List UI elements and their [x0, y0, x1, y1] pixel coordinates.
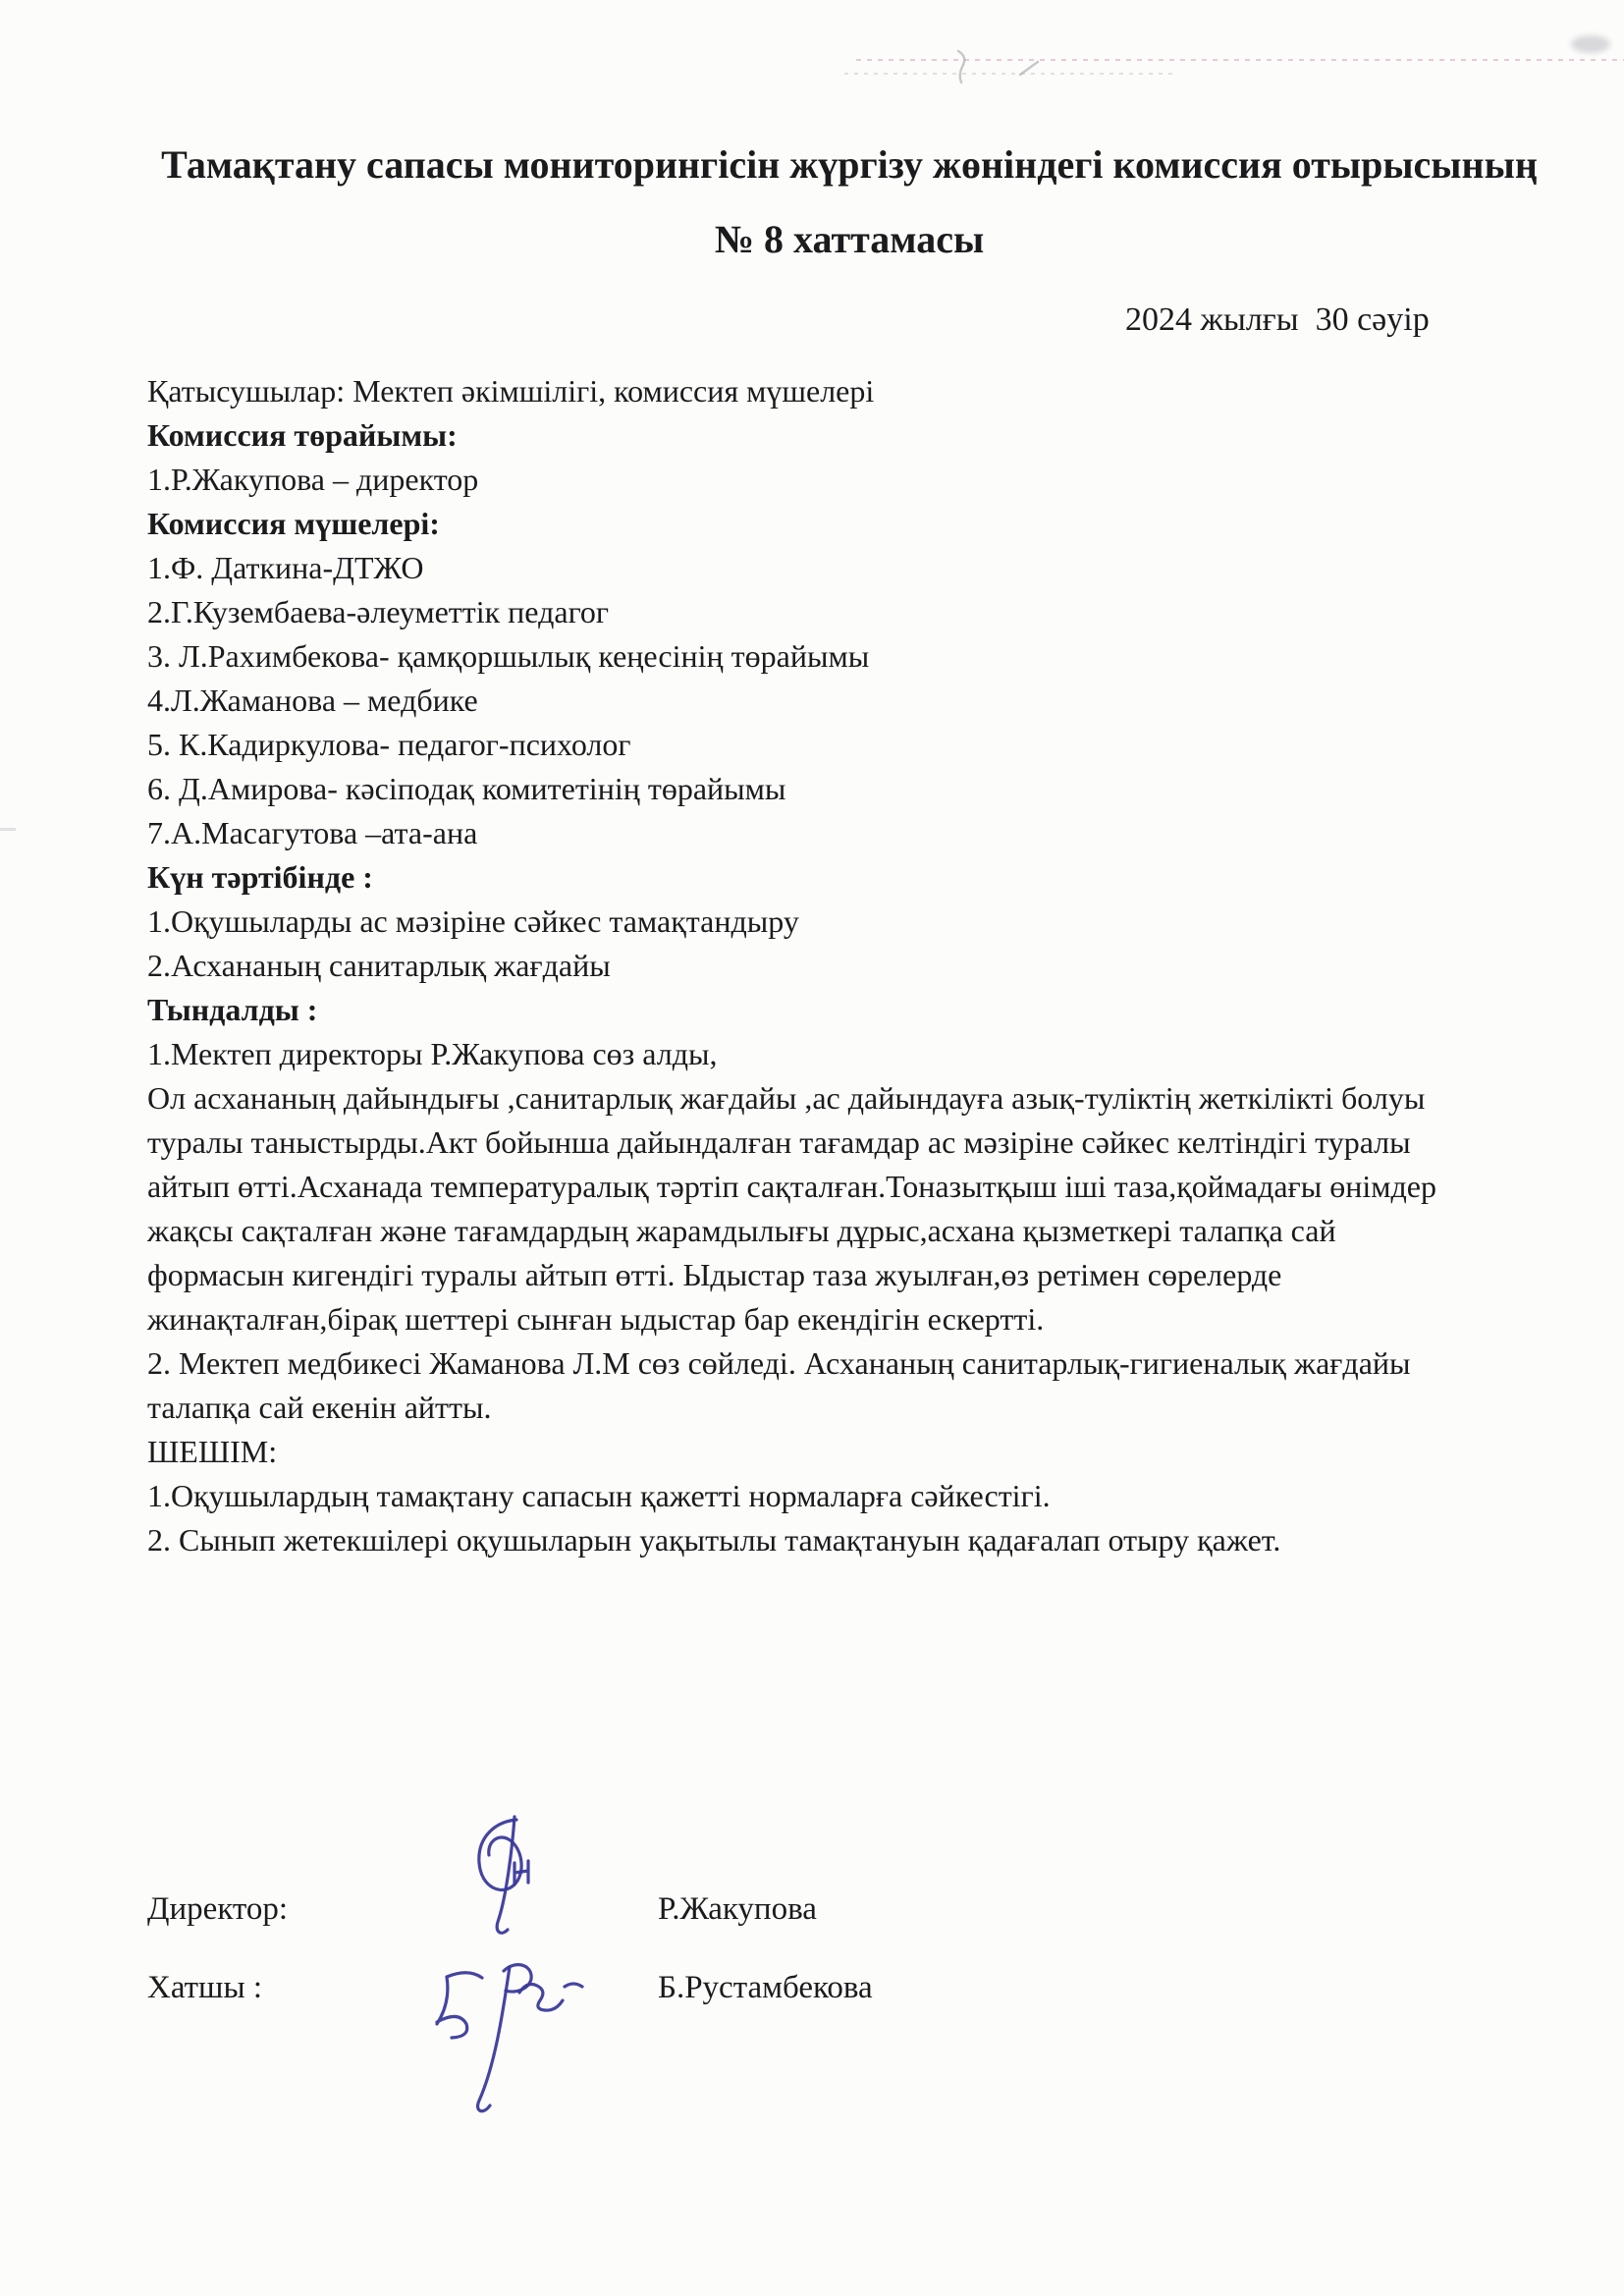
director-name: Р.Жакупова	[658, 1887, 817, 1932]
chair-heading: Комиссия төрайымы:	[147, 413, 1475, 458]
agenda-item: 1.Оқушыларды ас мәзіріне сәйкес тамақтан…	[147, 900, 1475, 944]
signature-row-director: Директор: Р.Жакупова	[147, 1887, 1475, 1932]
document-body: Қатысушылар: Мектеп әкімшілігі, комиссия…	[147, 369, 1475, 1562]
members-heading: Комиссия мүшелері:	[147, 502, 1475, 546]
chair-item: 1.Р.Жакупова – директор	[147, 458, 1475, 502]
heard-paragraph-3: 2. Мектеп медбикесі Жаманова Л.М сөз сөй…	[147, 1341, 1475, 1430]
document-date: 2024 жылғы 30 сәуір	[1125, 301, 1430, 340]
scan-artifact-edge-mark	[0, 828, 16, 831]
decision-item: 1.Оқушылардың тамақтану сапасын қажетті …	[147, 1474, 1475, 1518]
director-label: Директор:	[147, 1887, 658, 1932]
member-item: 2.Г.Кузембаева-әлеуметтік педагог	[147, 590, 1475, 634]
scanned-document-page: Тамақтану сапасы мониторингісін жүргізу …	[0, 0, 1624, 2296]
scan-artifact-tick	[1017, 57, 1043, 83]
heard-paragraph-2: Ол асхананың дайындығы ,санитарлық жағда…	[147, 1076, 1475, 1341]
document-title-line2: № 8 хаттамасы	[147, 215, 1551, 264]
member-item: 5. К.Кадиркулова- педагог-психолог	[147, 723, 1475, 767]
member-item: 1.Ф. Даткина-ДТЖО	[147, 546, 1475, 590]
agenda-heading: Күн тәртібінде :	[147, 855, 1475, 900]
document-title-line1: Тамақтану сапасы мониторингісін жүргізу …	[147, 140, 1551, 190]
scan-artifact-dashed-line	[844, 73, 1178, 75]
member-item: 4.Л.Жаманова – медбике	[147, 679, 1475, 723]
scan-artifact-smudge	[1571, 35, 1610, 53]
heard-paragraph-1: 1.Мектеп директоры Р.Жакупова сөз алды,	[147, 1032, 1475, 1076]
secretary-label: Хатшы :	[147, 1966, 658, 2010]
scan-artifact-dotted-line	[856, 59, 1624, 61]
decision-item: 2. Сынып жетекшілері оқушыларын уақытылы…	[147, 1518, 1475, 1562]
signature-row-secretary: Хатшы : Б.Рустамбекова	[147, 1966, 1475, 2010]
heard-heading: Тындалды :	[147, 988, 1475, 1032]
member-item: 6. Д.Амирова- кәсіподақ комитетінің төра…	[147, 767, 1475, 811]
decision-heading: ШЕШІМ:	[147, 1430, 1475, 1474]
secretary-name: Б.Рустамбекова	[658, 1966, 873, 2010]
member-item: 7.А.Масагутова –ата-ана	[147, 811, 1475, 855]
scan-artifact-squiggle	[950, 47, 976, 91]
participants-line: Қатысушылар: Мектеп әкімшілігі, комиссия…	[147, 369, 1475, 413]
member-item: 3. Л.Рахимбекова- қамқоршылық кеңесінің …	[147, 634, 1475, 679]
document-title: Тамақтану сапасы мониторингісін жүргізу …	[147, 140, 1551, 264]
agenda-item: 2.Асхананың санитарлық жағдайы	[147, 944, 1475, 988]
